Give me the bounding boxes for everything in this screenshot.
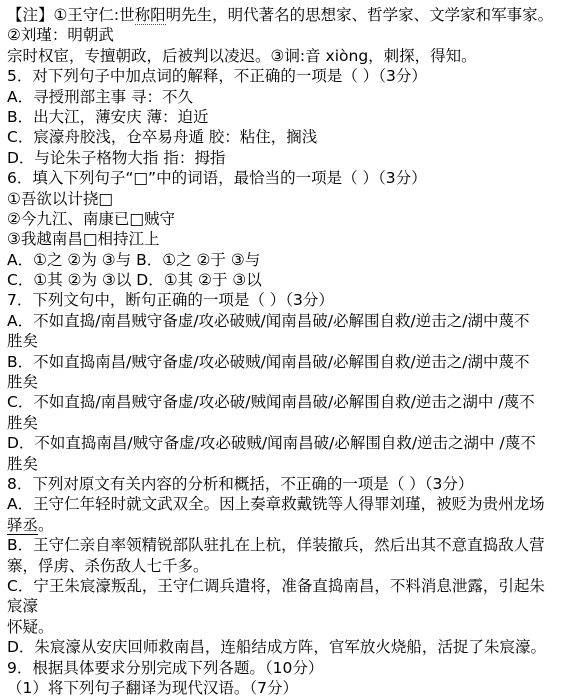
question9-sub1: （1）将下列句子翻译为现代汉语。（7分） bbox=[7, 678, 569, 698]
question7-option-c-line1: C．不如直捣/南昌贼守备虚/攻必破/贼闻南昌破/必解围自救/逆击之湖中 /蔑不 bbox=[7, 392, 569, 412]
question5-stem: 5．对下列句子中加点词的解释，不正确的一项是（ ）（3分） bbox=[7, 66, 569, 86]
question7-option-b-line2: 胜矣 bbox=[7, 372, 569, 392]
question8-option-a-line1: A．王守仁年轻时就文武双全。因上奏章救戴铣等人得罪刘瑾，被贬为贵州龙场 bbox=[7, 494, 569, 514]
note-line-2: ②刘瑾：明朝武 bbox=[7, 25, 569, 45]
question5-option-a: A．寻授刑部主事 寻：不久 bbox=[7, 87, 569, 107]
question6-options-cd: C．①其 ②为 ③以 D．①其 ②于 ③以 bbox=[7, 270, 569, 290]
question7-option-b-line1: B．不如直捣南昌/贼守备虚/攻必破贼/闻南昌破/必解围自救/逆击之/湖中蔑不 bbox=[7, 352, 569, 372]
question8-option-c-line1: C．宁王朱宸濠叛乱，王守仁调兵遣将，准备直捣南昌，不料消息泄露，引起朱 bbox=[7, 576, 569, 596]
question8-option-a-line2: 驿丞。 bbox=[7, 515, 569, 535]
exam-document-page: 【注】①王守仁:世称阳明先生，明代著名的思想家、哲学家、文学家和军事家。 ②刘瑾… bbox=[0, 0, 571, 699]
note-line-1-spellcheck-underlined: 称阳 bbox=[135, 6, 166, 25]
note-line-1-pre: 【注】①王守仁:世 bbox=[7, 6, 135, 24]
note-line-1-post: 明先生，明代著名的思想家、哲学家、文学家和军事家。 bbox=[166, 6, 554, 24]
question8-option-b-line1: B．王守仁亲自率领精锐部队驻扎在上杭，佯装撤兵，然后出其不意直捣敌人营 bbox=[7, 535, 569, 555]
question7-option-d-line2: 胜矣 bbox=[7, 454, 569, 474]
question8-option-a-underlined-term: 驿丞 bbox=[7, 516, 38, 535]
question7-option-a-line2: 胜矣 bbox=[7, 331, 569, 351]
question5-option-b: B．出大江，薄安庆 薄：迫近 bbox=[7, 107, 569, 127]
note-line-1: 【注】①王守仁:世称阳明先生，明代著名的思想家、哲学家、文学家和军事家。 bbox=[7, 5, 569, 25]
question5-option-d: D．与论朱子格物大指 指：拇指 bbox=[7, 148, 569, 168]
question6-item-1: ①吾欲以计挠□ bbox=[7, 189, 569, 209]
question8-option-c-line2: 宸濠 bbox=[7, 596, 569, 616]
question8-option-b-line2: 寨，俘虏、杀伤敌人七千多。 bbox=[7, 556, 569, 576]
question7-option-c-line2: 胜矣 bbox=[7, 413, 569, 433]
question7-option-a-line1: A．不如直捣/南昌贼守备虚/攻必破贼/闻南昌破/必解围自救/逆击之/湖中蔑不 bbox=[7, 311, 569, 331]
note-line-3: 宗时权宦，专擅朝政，后被判以凌迟。③诇:音 xiòng，刺探，得知。 bbox=[7, 46, 569, 66]
question6-options-ab: A．①之 ②为 ③与 B．①之 ②于 ③与 bbox=[7, 250, 569, 270]
question8-stem: 8．下列对原文有关内容的分析和概括，不正确的一项是（ ）（3分） bbox=[7, 474, 569, 494]
question8-option-c-line3: 怀疑。 bbox=[7, 617, 569, 637]
question6-item-3: ③我越南昌□相持江上 bbox=[7, 229, 569, 249]
question5-option-c: C．宸濠舟胶浅，仓卒易舟遁 胶：粘住，搁浅 bbox=[7, 127, 569, 147]
question6-item-2: ②今九江、南康已□贼守 bbox=[7, 209, 569, 229]
question6-stem: 6．填入下列句子“□”中的词语，最恰当的一项是（ ）（3分） bbox=[7, 168, 569, 188]
question7-stem: 7．下列文句中，断句正确的一项是（ ）（3分） bbox=[7, 290, 569, 310]
question9-stem: 9．根据具体要求分别完成下列各题。（10分） bbox=[7, 658, 569, 678]
question7-option-d-line1: D．不如直捣南昌/贼守备虚/攻必破贼/闻南昌破/必解围自救/逆击之湖中 /蔑不 bbox=[7, 433, 569, 453]
question8-option-d: D．朱宸濠从安庆回师救南昌，连船结成方阵，官军放火烧船，活捉了朱宸濠。 bbox=[7, 637, 569, 657]
question8-option-a-line2-post: 。 bbox=[38, 516, 54, 534]
